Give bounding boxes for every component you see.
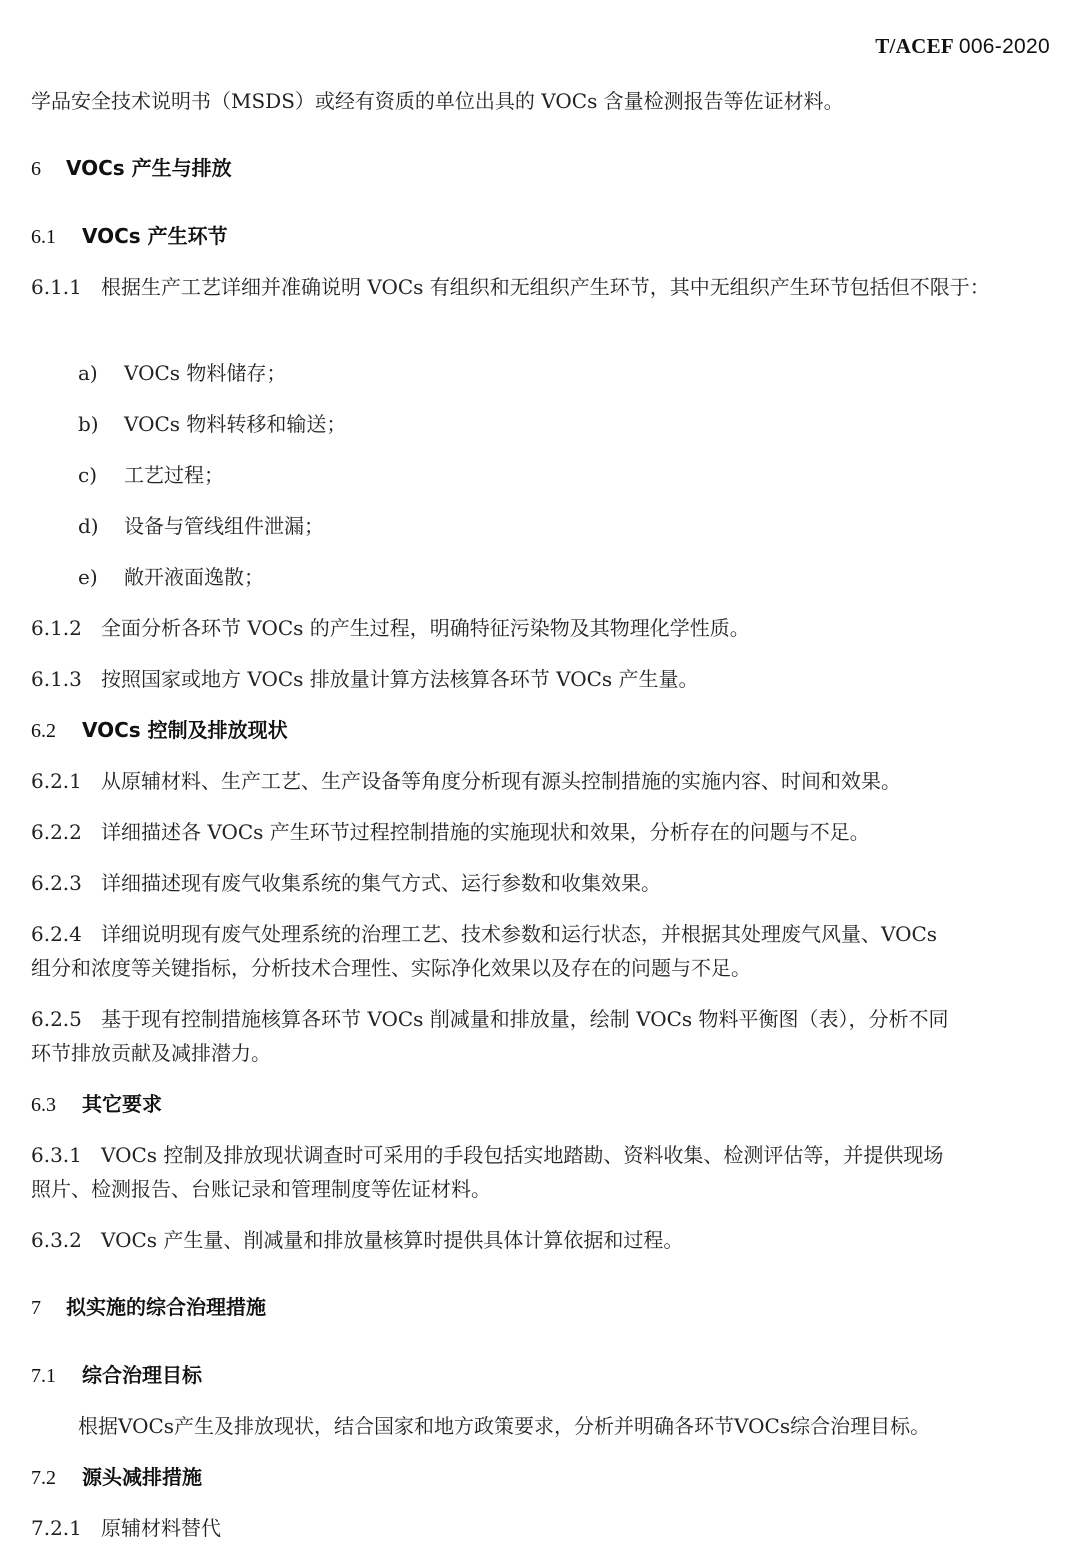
clause-6-2-5: 6.2.5基于现有控制措施核算各环节 VOCs 削减量和排放量，绘制 VOCs … [31,1002,1052,1036]
clause-6-3-1-continued: 照片、检测报告、台账记录和管理制度等佐证材料。 [31,1172,1052,1206]
document-code-number: 006-2020 [959,35,1050,59]
clause-6-2-4: 6.2.4详细说明现有废气处理系统的治理工艺、技术参数和运行状态，并根据其处理废… [31,917,1052,951]
section-6-3-heading: 6.3其它要求 [31,1087,1052,1122]
section-title: 综合治理目标 [82,1363,202,1387]
document-code-prefix: T/ACEF [875,34,953,58]
clause-text: 根据生产工艺详细并准确说明 VOCs 有组织和无组织产生环节，其中无组织产生环节… [101,275,990,299]
section-title: 其它要求 [82,1092,162,1116]
list-item: e)敞开液面逸散； [78,560,1052,594]
clause-6-1-3: 6.1.3按照国家或地方 VOCs 排放量计算方法核算各环节 VOCs 产生量。 [31,662,1052,696]
clause-6-3-2: 6.3.2VOCs 产生量、削减量和排放量核算时提供具体计算依据和过程。 [31,1223,1052,1257]
continuation-paragraph: 学品安全技术说明书（MSDS）或经有资质的单位出具的 VOCs 含量检测报告等佐… [31,84,1052,118]
section-title: VOCs 控制及排放现状 [82,718,288,742]
section-title: VOCs 产生环节 [82,224,228,248]
section-6-1-heading: 6.1VOCs 产生环节 [31,219,1052,254]
clause-text: 基于现有控制措施核算各环节 VOCs 削减量和排放量，绘制 VOCs 物料平衡图… [101,1007,949,1031]
clause-6-1-2: 6.1.2全面分析各环节 VOCs 的产生过程，明确特征污染物及其物理化学性质。 [31,611,1052,645]
list-item-text: 工艺过程； [124,463,224,487]
section-number: 7 [31,1291,66,1325]
clause-text: VOCs 控制及排放现状调查时可采用的手段包括实地踏勘、资料收集、检测评估等，并… [101,1143,943,1167]
list-item: b)VOCs 物料转移和输送； [78,407,1052,441]
section-number: 6.3 [31,1088,82,1122]
list-item-label: a) [78,356,124,390]
clause-text: 详细描述现有废气收集系统的集气方式、运行参数和收集效果。 [101,871,661,895]
clause-6-2-2: 6.2.2详细描述各 VOCs 产生环节过程控制措施的实施现状和效果，分析存在的… [31,815,1052,849]
section-6-heading: 6VOCs 产生与排放 [31,151,1052,186]
section-number: 6 [31,152,66,186]
section-number: 7.1 [31,1359,82,1393]
section-7-heading: 7拟实施的综合治理措施 [31,1290,1052,1325]
clause-7-2-1: 7.2.1原辅材料替代 [31,1511,1052,1545]
document-code: T/ACEF 006-2020 [875,34,1050,59]
clause-6-2-3: 6.2.3详细描述现有废气收集系统的集气方式、运行参数和收集效果。 [31,866,1052,900]
section-6-2-heading: 6.2VOCs 控制及排放现状 [31,713,1052,748]
section-title: 拟实施的综合治理措施 [66,1295,266,1319]
list-item-label: e) [78,560,124,594]
clause-number: 6.2.2 [31,815,101,849]
clause-number: 7.2.1 [31,1511,101,1545]
clause-number: 6.3.1 [31,1138,101,1172]
clause-6-3-1: 6.3.1VOCs 控制及排放现状调查时可采用的手段包括实地踏勘、资料收集、检测… [31,1138,1052,1172]
list-item-text: VOCs 物料转移和输送； [124,412,346,436]
paragraph-7-1: 根据VOCs产生及排放现状，结合国家和地方政策要求，分析并明确各环节VOCs综合… [78,1409,1052,1443]
clause-number: 6.2.3 [31,866,101,900]
section-number: 6.1 [31,220,82,254]
list-item-label: d) [78,509,124,543]
section-title: 源头减排措施 [82,1465,202,1489]
clause-text: 从原辅材料、生产工艺、生产设备等角度分析现有源头控制措施的实施内容、时间和效果。 [101,769,901,793]
clause-number: 6.1.2 [31,611,101,645]
clause-number: 6.2.4 [31,917,101,951]
clause-number: 6.3.2 [31,1223,101,1257]
list-item-text: 设备与管线组件泄漏； [124,514,324,538]
clause-number: 6.2.1 [31,764,101,798]
clause-text: 原辅材料替代 [101,1516,221,1540]
list-item-label: b) [78,407,124,441]
section-number: 6.2 [31,714,82,748]
section-7-1-heading: 7.1综合治理目标 [31,1358,1052,1393]
list-item-label: c) [78,458,124,492]
list-item: c)工艺过程； [78,458,1052,492]
section-number: 7.2 [31,1461,82,1495]
clause-text: 详细说明现有废气处理系统的治理工艺、技术参数和运行状态，并根据其处理废气风量、V… [101,922,937,946]
list-item: d)设备与管线组件泄漏； [78,509,1052,543]
clause-6-1-1-wrap-spacer [31,304,1052,338]
section-title: VOCs 产生与排放 [66,156,232,180]
clause-number: 6.1.3 [31,662,101,696]
clause-text: 按照国家或地方 VOCs 排放量计算方法核算各环节 VOCs 产生量。 [101,667,699,691]
clause-6-2-5-continued: 环节排放贡献及减排潜力。 [31,1036,1052,1070]
clause-text: 详细描述各 VOCs 产生环节过程控制措施的实施现状和效果，分析存在的问题与不足… [101,820,870,844]
section-7-2-heading: 7.2源头减排措施 [31,1460,1052,1495]
clause-6-2-1: 6.2.1从原辅材料、生产工艺、生产设备等角度分析现有源头控制措施的实施内容、时… [31,764,1052,798]
list-item-text: 敞开液面逸散； [124,565,264,589]
clause-text: VOCs 产生量、削减量和排放量核算时提供具体计算依据和过程。 [101,1228,683,1252]
list-item-text: VOCs 物料储存； [124,361,286,385]
list-item: a)VOCs 物料储存； [78,356,1052,390]
clause-text: 全面分析各环节 VOCs 的产生过程，明确特征污染物及其物理化学性质。 [101,616,750,640]
clause-number: 6.2.5 [31,1002,101,1036]
clause-6-2-4-continued: 组分和浓度等关键指标，分析技术合理性、实际净化效果以及存在的问题与不足。 [31,951,1052,985]
clause-number: 6.1.1 [31,270,101,304]
